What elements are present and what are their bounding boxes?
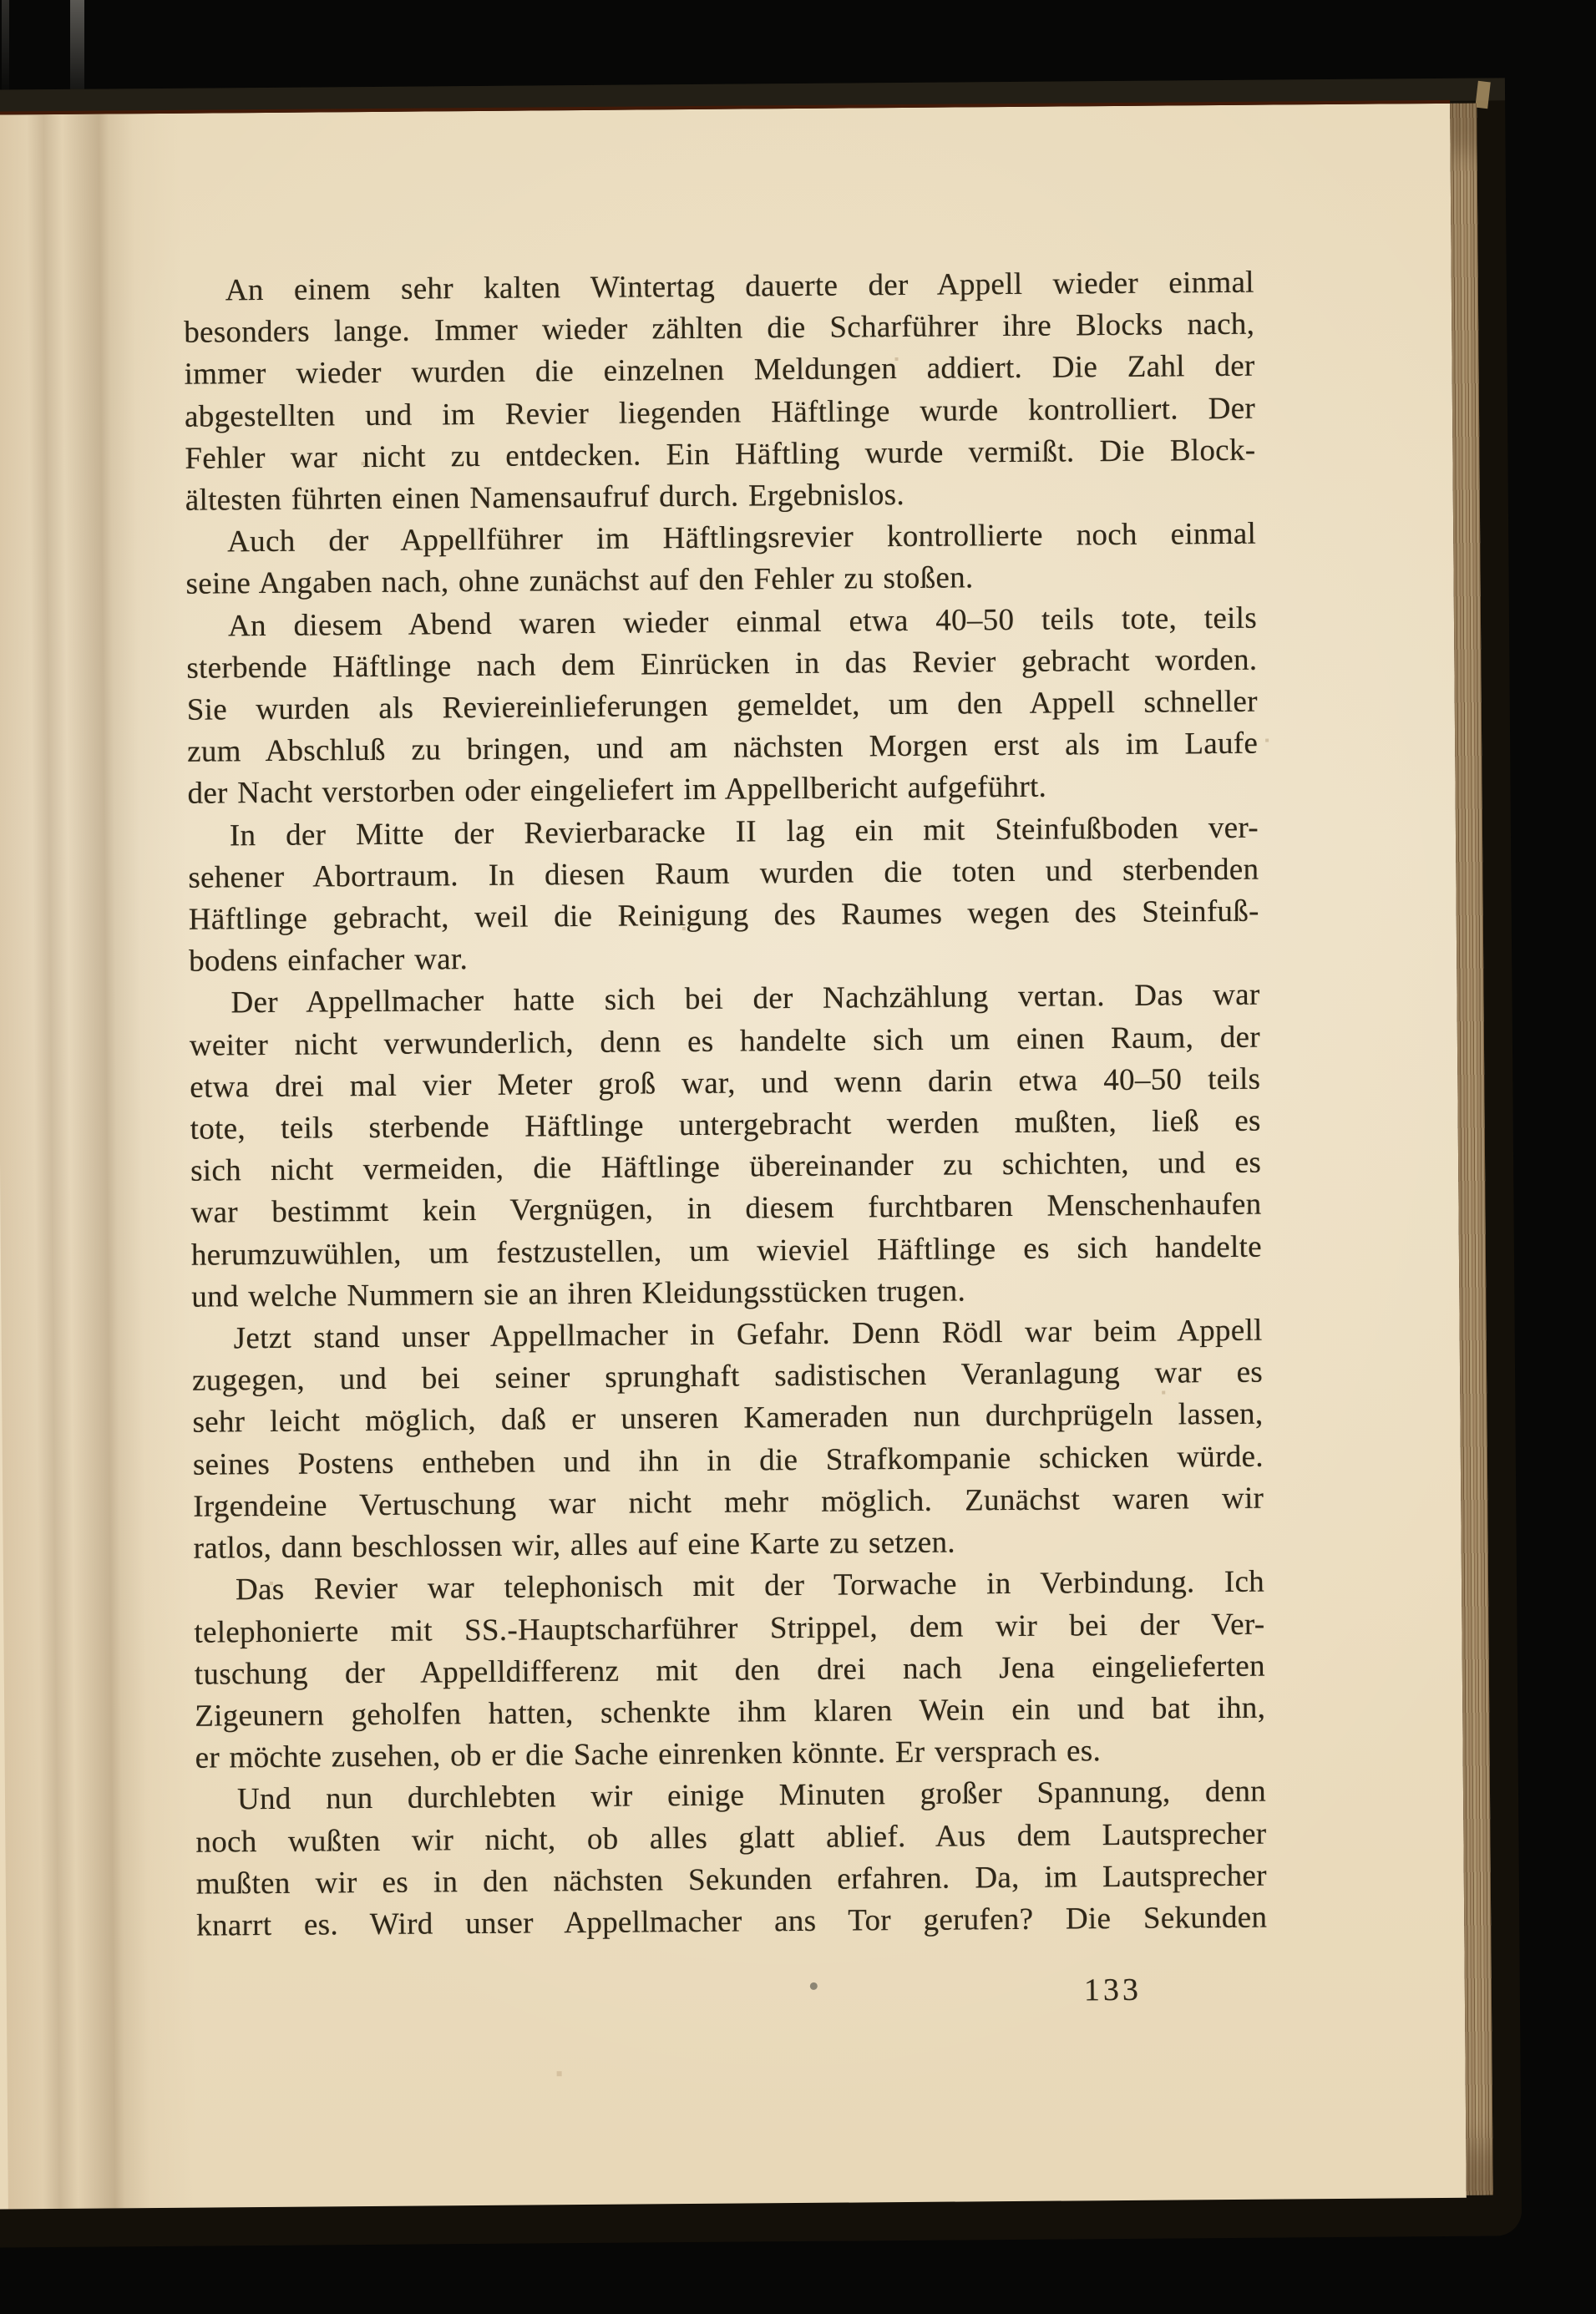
paragraph: An diesem Abend waren wieder einmal etwa… (186, 597, 1259, 815)
scanned-book-photo: An einem sehr kalten Wintertag dauerte d… (0, 0, 1596, 2314)
paragraph: Der Appellmacher hatte sich bei der Nach… (189, 975, 1262, 1319)
paragraph: Jetzt stand unser Appellmacher in Gefahr… (191, 1310, 1264, 1570)
paragraph: Und nun durchlebten wir einige Minuten g… (195, 1771, 1268, 1947)
text-line: Fehler war nicht zu entdecken. Ein Häftl… (185, 429, 1255, 479)
book: An einem sehr kalten Wintertag dauerte d… (0, 0, 1596, 2314)
ink-speck (810, 1982, 818, 1990)
text-line: herumzuwühlen, um festzustellen, um wiev… (191, 1226, 1262, 1276)
text-line: Zigeunern geholfen hatten, schenkte ihm … (195, 1688, 1265, 1738)
paragraph: Auch der Appellführer im Häftlingsrevier… (185, 514, 1257, 605)
text-block: An einem sehr kalten Wintertag dauerte d… (184, 262, 1268, 1947)
binding-gutter-shadow (0, 114, 200, 2210)
text-line: knarrt es. Wird unser Appellmacher ans T… (196, 1897, 1267, 1947)
text-line: Häftlinge gebracht, weil die Reinigung d… (189, 891, 1259, 941)
text-line: Irgendeine Vertuschung war nicht mehr mö… (193, 1478, 1264, 1528)
page-number: 133 (1084, 1972, 1142, 2009)
text-line: Auch der Appellführer im Häftlingsrevier… (185, 514, 1256, 564)
text-line: zum Abschluß zu bringen, und am nächsten… (187, 723, 1258, 773)
paragraph: Das Revier war telephonisch mit der Torw… (194, 1562, 1266, 1780)
paragraph: In der Mitte der Revierbaracke II lag ei… (188, 807, 1260, 983)
paragraph: An einem sehr kalten Wintertag dauerte d… (184, 262, 1256, 522)
